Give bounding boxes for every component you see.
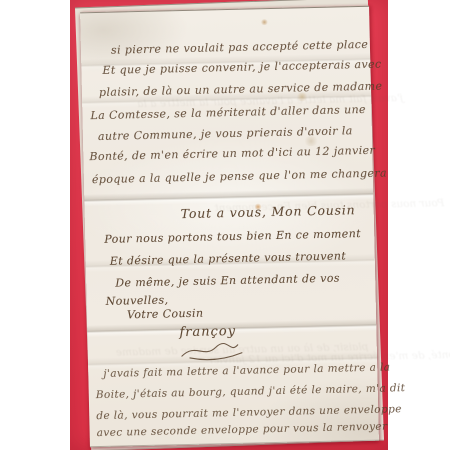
letter-line: j'avais fait ma lettre a l'avance pour l… [103,361,390,380]
signature-paraph-flourish [178,340,248,362]
letter-salutation: Tout a vous, Mon Cousin [181,204,356,220]
letter-line: époque a la quelle je pense que l'on me … [92,167,387,186]
letter-line: Et désire que la présente vous trouvent [110,250,347,267]
signature: françoy [179,326,236,339]
letter-line: Bonté, de m'en écrire un mot d'ici au 12… [89,145,375,163]
foxing-stain [260,19,268,25]
letter-line: Et que je puisse convenir, je l'accepter… [102,59,381,77]
letter-line: Nouvelles, [106,294,169,307]
letter-line: La Comtesse, se la mériterait d'aller da… [90,104,366,122]
letter-line: plaisir, de là ou un autre au service de… [99,80,383,98]
letter-line: autre Commune, je vous prierais d'avoir … [98,125,353,143]
letter-line: De même, je suis En attendant de vos [115,273,340,290]
letter-photo: j'avais fait ma lettre a l'avance pour l… [70,0,388,450]
letter-line: avec une seconde enveloppe pour vous la … [97,420,388,439]
letter-line: de là, vous pourrait me l'envoyer dans u… [96,403,402,422]
letter-sheet: j'avais fait ma lettre a l'avance pour l… [80,6,379,447]
ink-showthrough: plaisir, de là ou un autre au service de… [116,341,369,359]
letter-line: Boite, j'étais au bourg, quand j'ai été … [96,382,406,401]
letter-line: si pierre ne voulait pas accepté cette p… [111,39,368,57]
letter-line: Votre Cousin [127,308,204,322]
letter-line: Pour nous portons tous bien En ce moment [104,228,361,246]
